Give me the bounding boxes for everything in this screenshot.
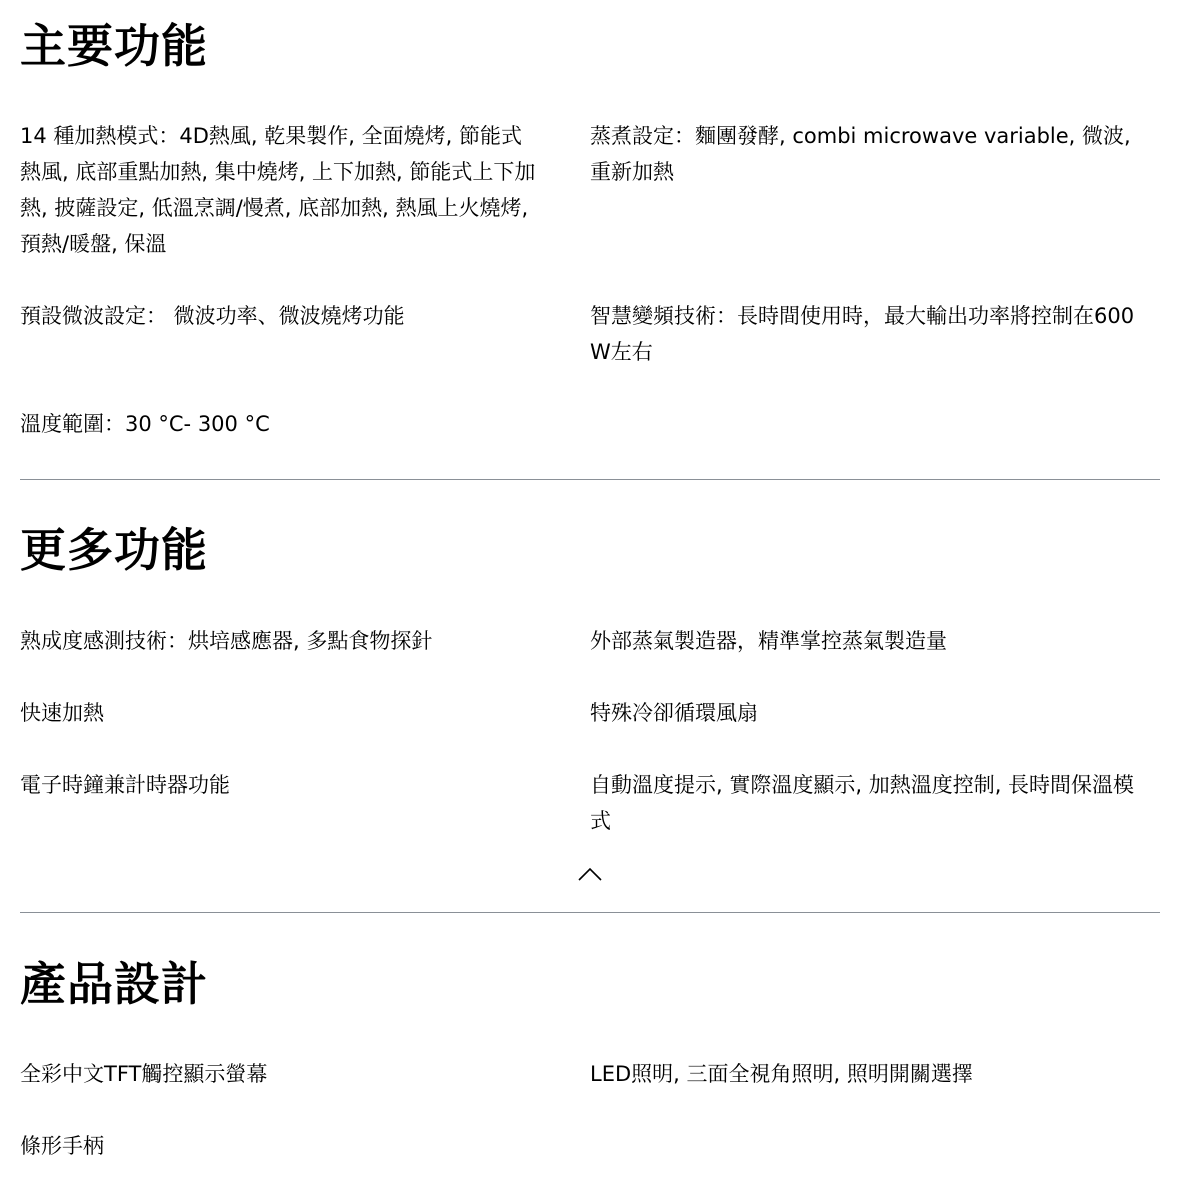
feature-cooling-fan: 特殊冷卻循環風扇 [590, 695, 1150, 731]
feature-temperature-controls: 自動溫度提示, 實際溫度顯示, 加熱溫度控制, 長時間保溫模式 [590, 767, 1150, 839]
feature-bar-handle: 條形手柄 [20, 1128, 565, 1164]
feature-steam-settings: 蒸煮設定：麵團發酵, combi microwave variable, 微波,… [590, 118, 1150, 190]
section-heading: 主要功能 [20, 18, 208, 74]
section-divider [20, 912, 1160, 913]
feature-inverter-technology: 智慧變頻技術：長時間使用時，最大輸出功率將控制在600 W左右 [590, 298, 1150, 370]
feature-led-lighting: LED照明, 三面全視角照明, 照明開關選擇 [590, 1056, 1150, 1092]
feature-fast-heating: 快速加熱 [20, 695, 565, 731]
section-divider [20, 479, 1160, 480]
section-heading: 更多功能 [20, 522, 208, 578]
feature-microwave-presets: 預設微波設定： 微波功率、微波燒烤功能 [20, 298, 565, 334]
feature-temperature-range: 溫度範圍：30 °C- 300 °C [20, 406, 565, 442]
feature-heating-modes: 14 種加熱模式：4D熱風, 乾果製作, 全面燒烤, 節能式熱風, 底部重點加熱… [20, 118, 540, 262]
feature-clock-timer: 電子時鐘兼計時器功能 [20, 767, 565, 803]
feature-tft-display: 全彩中文TFT觸控顯示螢幕 [20, 1056, 565, 1092]
feature-doneness-sensing: 熟成度感測技術：烘培感應器, 多點食物探針 [20, 623, 565, 659]
section-heading: 產品設計 [20, 956, 208, 1012]
chevron-up-icon [578, 864, 602, 884]
feature-external-steam: 外部蒸氣製造器，精準掌控蒸氣製造量 [590, 623, 1150, 659]
collapse-button[interactable] [578, 864, 602, 884]
